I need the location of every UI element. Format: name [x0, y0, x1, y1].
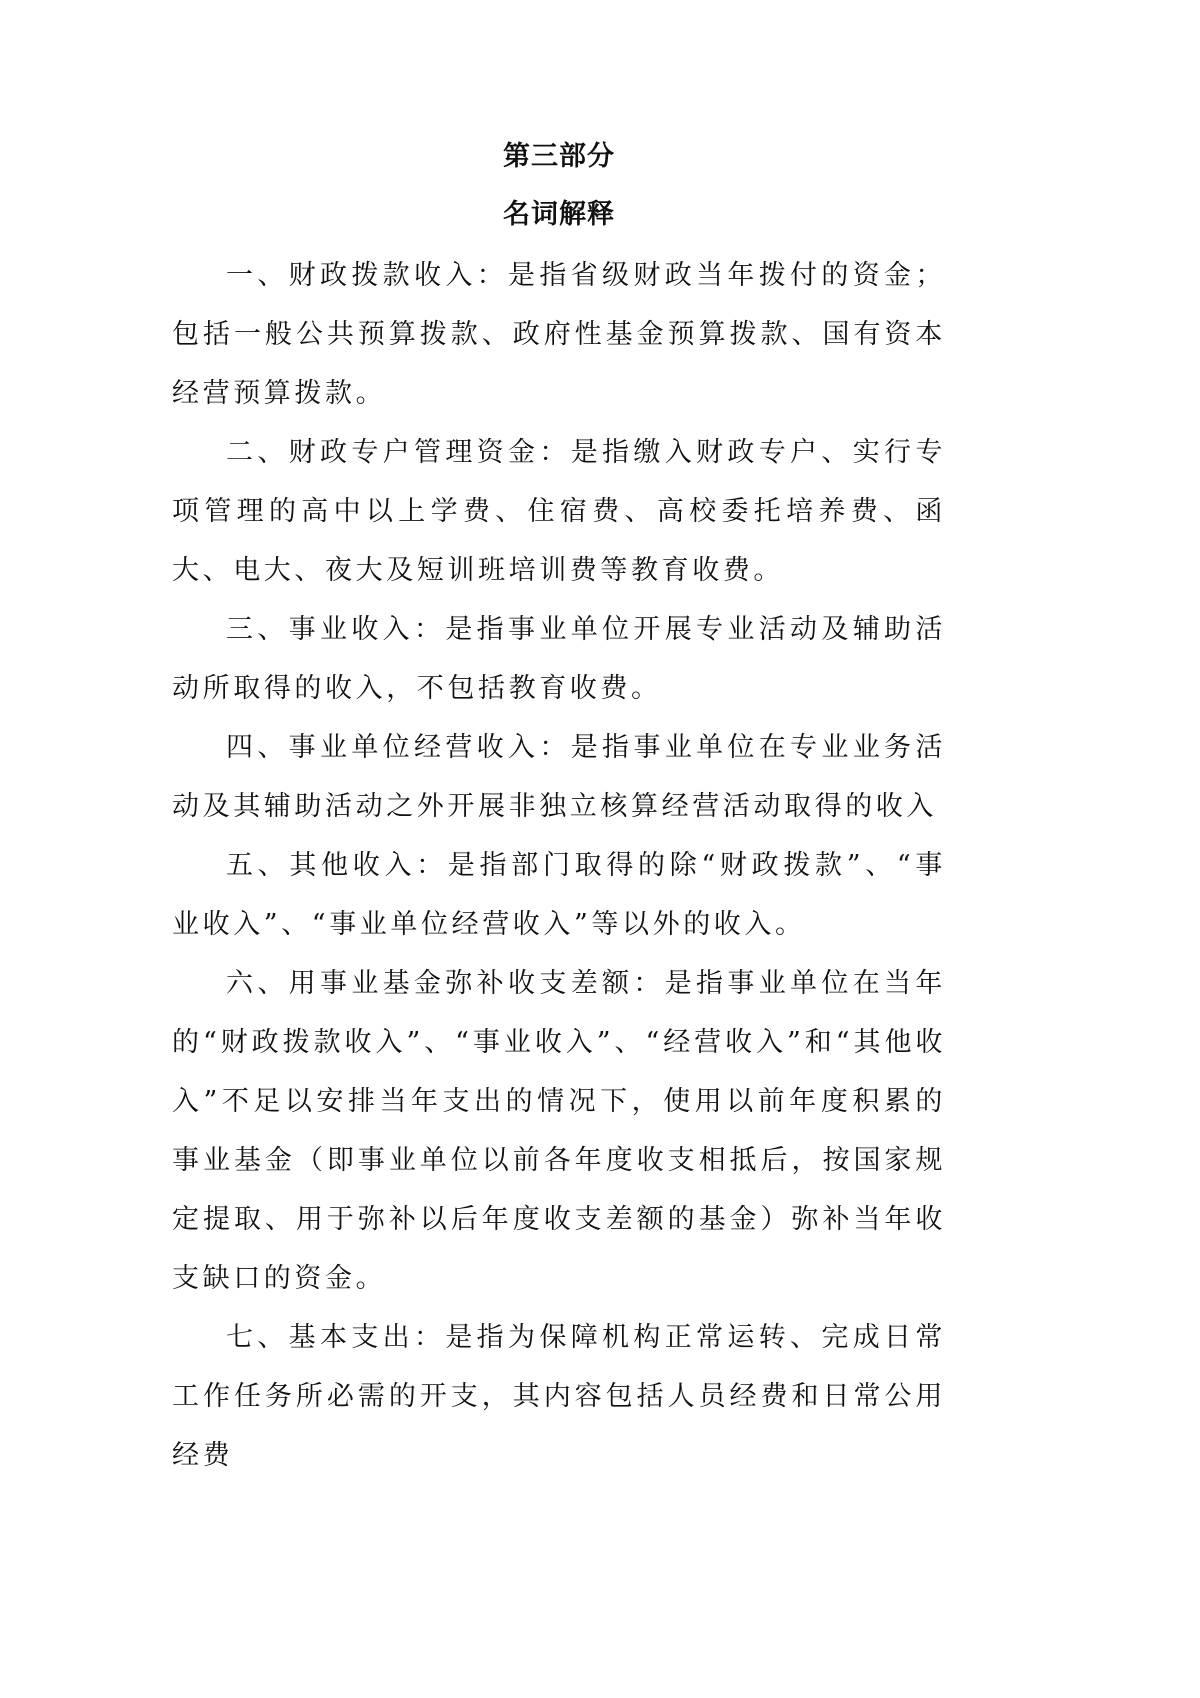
part-title: 第三部分 — [172, 128, 946, 186]
definition-paragraph-4: 四、事业单位经营收入：是指事业单位在专业业务活动及其辅助活动之外开展非独立核算经… — [172, 718, 946, 836]
document-body: 第三部分 名词解释 一、财政拨款收入：是指省级财政当年拨付的资金；包括一般公共预… — [172, 128, 946, 1485]
definition-paragraph-3: 三、事业收入：是指事业单位开展专业活动及辅助活动所取得的收入，不包括教育收费。 — [172, 600, 946, 718]
definition-paragraph-2: 二、财政专户管理资金：是指缴入财政专户、实行专项管理的高中以上学费、住宿费、高校… — [172, 423, 946, 600]
definition-paragraph-1: 一、财政拨款收入：是指省级财政当年拨付的资金；包括一般公共预算拨款、政府性基金预… — [172, 246, 946, 423]
document-page: 第三部分 名词解释 一、财政拨款收入：是指省级财政当年拨付的资金；包括一般公共预… — [0, 0, 1200, 1698]
definition-paragraph-6: 六、用事业基金弥补收支差额：是指事业单位在当年的“财政拨款收入”、“事业收入”、… — [172, 954, 946, 1308]
definition-paragraph-7: 七、基本支出：是指为保障机构正常运转、完成日常工作任务所必需的开支，其内容包括人… — [172, 1308, 946, 1485]
definition-paragraph-5: 五、其他收入：是指部门取得的除“财政拨款”、“事业收入”、“事业单位经营收入”等… — [172, 836, 946, 954]
section-title: 名词解释 — [172, 186, 946, 244]
